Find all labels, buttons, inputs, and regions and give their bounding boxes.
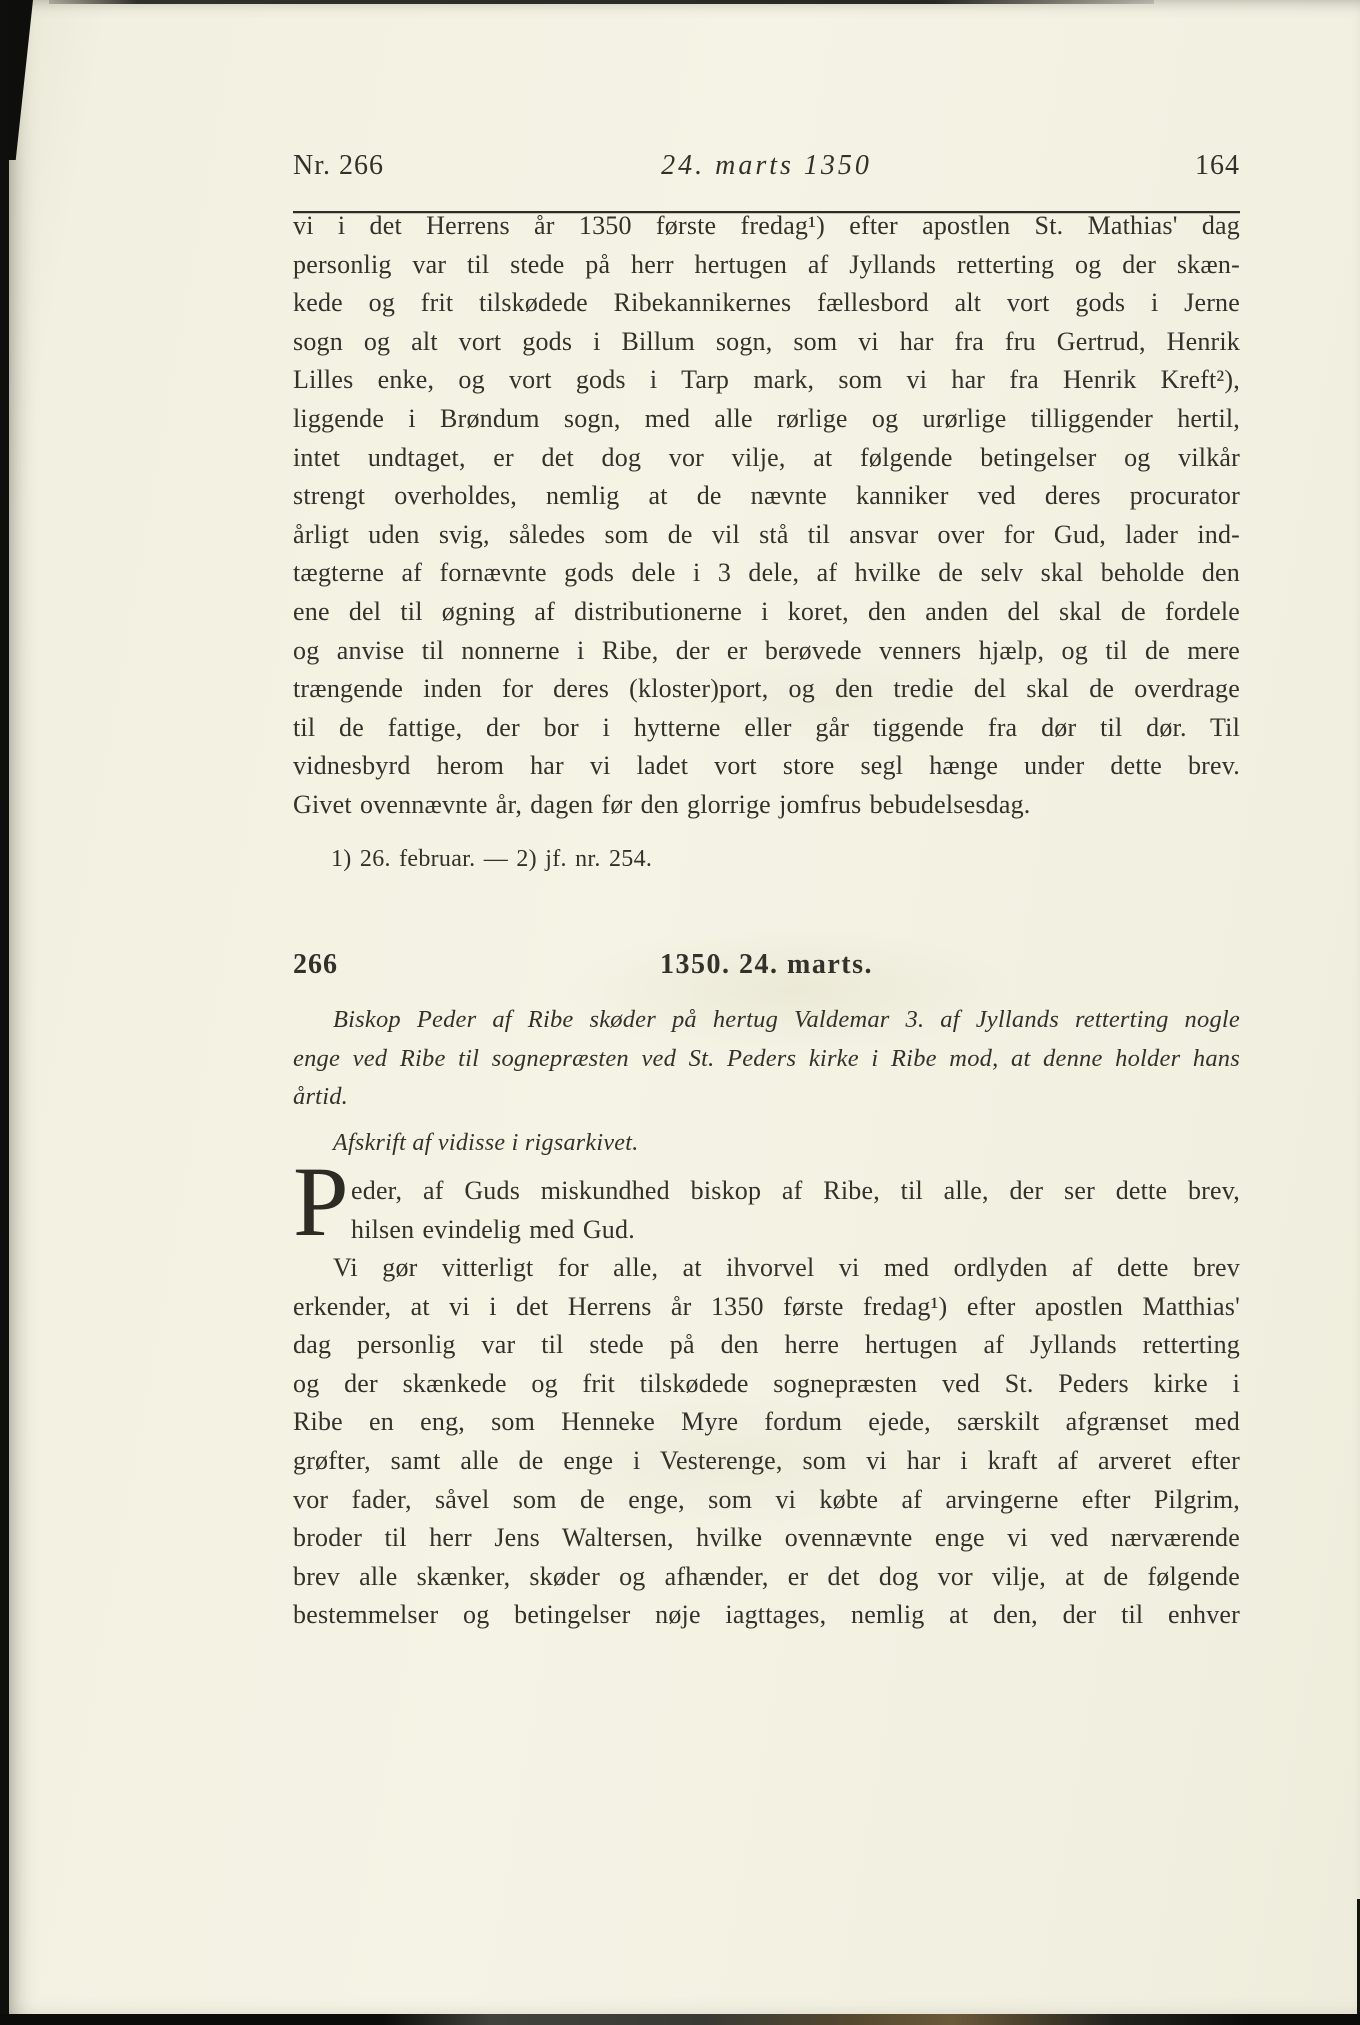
header-page-number: 164 <box>1195 150 1240 182</box>
scan-edge-corner <box>9 0 33 160</box>
text-line: Ribe en eng, som Henneke Myre fordum eje… <box>293 1403 1240 1442</box>
entry-266-body: Vi gør vitterligt for alle, at ihvorvel … <box>293 1249 1240 1635</box>
scanned-book-page: Nr. 266 24. marts 1350 164 vi i det Herr… <box>0 0 1360 2025</box>
text-line: årtid. <box>293 1078 1240 1117</box>
text-line: personlig var til stede på herr hertugen… <box>293 246 1240 285</box>
entry-266-salutation: P eder, af Guds miskundhed biskop af Rib… <box>293 1172 1240 1249</box>
text-line: tægterne af fornævnte gods dele i 3 dele… <box>293 554 1240 593</box>
text-line: brev alle skænker, skøder og afhænder, e… <box>293 1558 1240 1597</box>
text-line: Givet ovennævnte år, dagen før den glorr… <box>293 786 1240 825</box>
text-line: enge ved Ribe til sognepræsten ved St. P… <box>293 1040 1240 1079</box>
text-line: og anvise til nonnerne i Ribe, der er be… <box>293 632 1240 671</box>
text-line: grøfter, samt alle de enge i Vesterenge,… <box>293 1442 1240 1481</box>
text-line: ene del til øgning af distributionerne i… <box>293 593 1240 632</box>
entry-date: 1350. 24. marts. <box>293 949 1240 981</box>
text-line: bestemmelser og betingelser nøje iagttag… <box>293 1596 1240 1635</box>
text-line: vidnesbyrd herom har vi ladet vort store… <box>293 747 1240 786</box>
entry-266-summary: Biskop Peder af Ribe skøder på hertug Va… <box>293 1001 1240 1117</box>
text-line: årligt uden svig, således som de vil stå… <box>293 516 1240 555</box>
entry-265-footnotes: 1) 26. februar. — 2) jf. nr. 254. <box>293 844 1240 874</box>
drop-cap-initial: P <box>293 1152 349 1252</box>
running-header: Nr. 266 24. marts 1350 164 <box>293 150 1240 192</box>
entry-266-source-note: Afskrift af vidisse i rigsarkivet. <box>293 1128 1240 1158</box>
entry-266-heading: 266 1350. 24. marts. <box>293 949 1240 989</box>
text-line: eder, af Guds miskundhed biskop af Ribe,… <box>351 1172 1240 1211</box>
text-line: vor fader, såvel som de enge, som vi køb… <box>293 1481 1240 1520</box>
text-line: dag personlig var til stede på den herre… <box>293 1326 1240 1365</box>
text-line: hilsen evindelig med Gud. <box>351 1211 1240 1250</box>
text-line: trængende inden for deres (kloster)port,… <box>293 670 1240 709</box>
text-line: kede og frit tilskødede Ribekannikernes … <box>293 284 1240 323</box>
text-line: og der skænkede og frit tilskødede sogne… <box>293 1365 1240 1404</box>
text-line: intet undtaget, er det dog vor vilje, at… <box>293 439 1240 478</box>
text-line: vi i det Herrens år 1350 første fredag¹)… <box>293 207 1240 246</box>
header-date: 24. marts 1350 <box>293 150 1240 182</box>
text-line: broder til herr Jens Waltersen, hvilke o… <box>293 1519 1240 1558</box>
text-line: Lilles enke, og vort gods i Tarp mark, s… <box>293 361 1240 400</box>
text-line: erkender, at vi i det Herrens år 1350 fø… <box>293 1288 1240 1327</box>
text-line: strengt overholdes, nemlig at de nævnte … <box>293 477 1240 516</box>
text-line: til de fattige, der bor i hytterne eller… <box>293 709 1240 748</box>
text-line: liggende i Brøndum sogn, med alle rørlig… <box>293 400 1240 439</box>
text-line: sogn og alt vort gods i Billum sogn, som… <box>293 323 1240 362</box>
text-line: Vi gør vitterligt for alle, at ihvorvel … <box>293 1249 1240 1288</box>
salutation-lines: eder, af Guds miskundhed biskop af Ribe,… <box>351 1172 1240 1249</box>
scan-edge-top <box>49 0 1154 4</box>
scan-edge-bottom <box>0 2014 1360 2025</box>
text-line: Biskop Peder af Ribe skøder på hertug Va… <box>293 1001 1240 1040</box>
entry-265-body: vi i det Herrens år 1350 første fredag¹)… <box>293 207 1240 825</box>
paper-sheet: Nr. 266 24. marts 1350 164 vi i det Herr… <box>9 0 1360 2014</box>
